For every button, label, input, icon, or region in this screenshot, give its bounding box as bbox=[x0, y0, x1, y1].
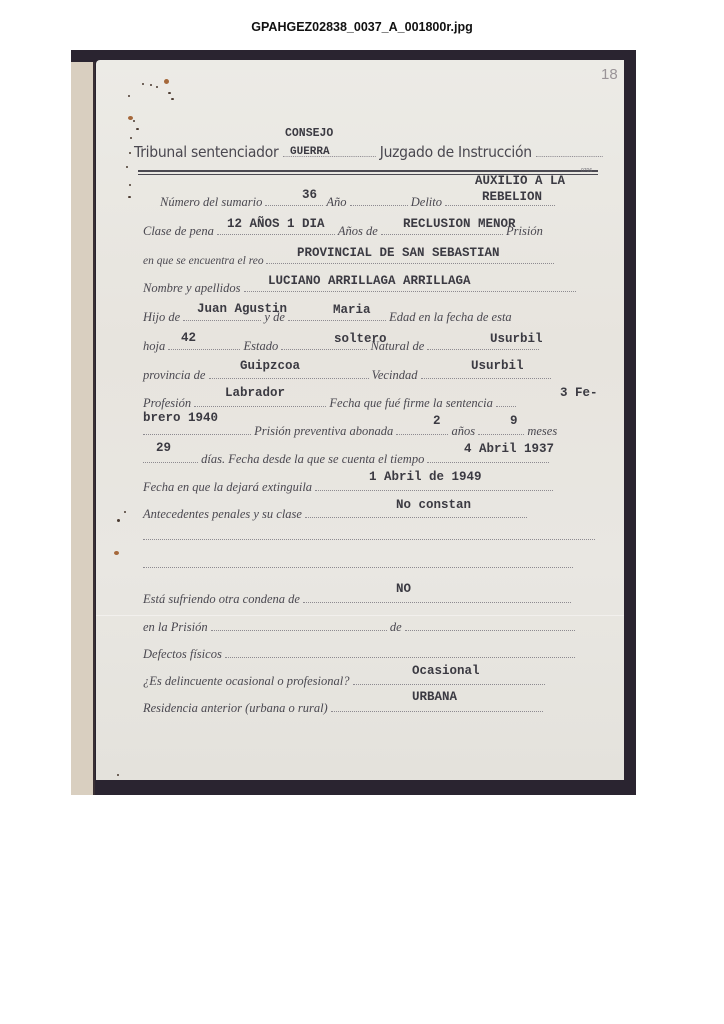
form-code: 0706 bbox=[581, 168, 592, 174]
antecedentes-line-3[interactable] bbox=[143, 566, 573, 568]
page-number: 18 bbox=[601, 66, 618, 83]
fecha-firme-value-line1: 3 Fe- bbox=[560, 386, 598, 400]
clase-pena-value: 12 AÑOS 1 DIA bbox=[227, 217, 325, 231]
fecha-extincion-value: 1 Abril de 1949 bbox=[369, 470, 482, 484]
madre-value: Maria bbox=[333, 303, 371, 317]
header-rule bbox=[138, 170, 598, 172]
numero-sumario-value: 36 bbox=[302, 188, 317, 202]
tribunal-value-line1: CONSEJO bbox=[285, 127, 333, 140]
binding-strip bbox=[71, 62, 95, 795]
juzgado-field[interactable] bbox=[536, 144, 603, 157]
natural-value: Usurbil bbox=[490, 332, 543, 346]
edad-field[interactable] bbox=[168, 337, 240, 350]
row-clase-pena: Clase de pena Años de Prisión bbox=[143, 222, 595, 239]
anios-de-value: RECLUSION MENOR bbox=[403, 217, 516, 231]
fecha-firme-field[interactable] bbox=[496, 394, 516, 407]
edad-value: 42 bbox=[181, 331, 196, 345]
anios-abonados-value: 2 bbox=[433, 414, 441, 428]
paper-crease bbox=[96, 615, 624, 616]
anios-abonados-field[interactable] bbox=[396, 422, 448, 435]
row-otra-condena: Está sufriendo otra condena de bbox=[143, 590, 595, 607]
tribunal-label: Tribunal sentenciador bbox=[134, 143, 278, 161]
juzgado-label: Juzgado de Instrucción bbox=[380, 143, 532, 161]
delincuente-value: Ocasional bbox=[412, 664, 480, 678]
row-residencia: Residencia anterior (urbana o rural) bbox=[143, 699, 595, 716]
row-profesion: Profesión Fecha que fué firme la sentenc… bbox=[143, 394, 595, 411]
anio-field[interactable] bbox=[350, 193, 408, 206]
row-en-la-prision: en la Prisión de bbox=[143, 618, 595, 635]
profesion-value: Labrador bbox=[225, 386, 285, 400]
row-defectos: Defectos físicos bbox=[143, 645, 595, 662]
dias-abonados-value: 29 bbox=[156, 441, 171, 455]
de-field[interactable] bbox=[405, 618, 575, 631]
vecindad-value: Usurbil bbox=[471, 359, 524, 373]
row-delincuente: ¿Es delincuente ocasional o profesional? bbox=[143, 672, 595, 689]
tribunal-header: Tribunal sentenciador Juzgado de Instruc… bbox=[134, 143, 603, 161]
padre-value: Juan Agustin bbox=[197, 302, 287, 316]
otra-condena-value: NO bbox=[396, 582, 411, 596]
row-sumario: Número del sumario Año Delito bbox=[160, 193, 612, 210]
otra-condena-field[interactable] bbox=[303, 590, 571, 603]
fecha-firme-value-line2: brero 1940 bbox=[143, 411, 218, 425]
provincia-value: Guipzcoa bbox=[240, 359, 300, 373]
fecha-desde-value: 4 Abril 1937 bbox=[464, 442, 554, 456]
nombre-value: LUCIANO ARRILLAGA ARRILLAGA bbox=[268, 274, 471, 288]
file-name-caption: GPAHGEZ02838_0037_A_001800r.jpg bbox=[0, 20, 724, 34]
meses-abonados-value: 9 bbox=[510, 414, 518, 428]
delito-value-line1: AUXILIO A LA bbox=[475, 174, 565, 188]
tribunal-value-line2: GUERRA bbox=[290, 146, 330, 158]
row-antecedentes: Antecedentes penales y su clase bbox=[143, 505, 595, 522]
residencia-value: URBANA bbox=[412, 690, 457, 704]
defectos-field[interactable] bbox=[225, 645, 575, 658]
antecedentes-value: No constan bbox=[396, 498, 471, 512]
row-provincia: provincia de Vecindad bbox=[143, 366, 595, 383]
estado-value: soltero bbox=[334, 332, 387, 346]
delito-value-line2: REBELION bbox=[482, 190, 542, 204]
en-la-prision-field[interactable] bbox=[211, 618, 387, 631]
prision-value: PROVINCIAL DE SAN SEBASTIAN bbox=[297, 246, 500, 260]
antecedentes-line-2[interactable] bbox=[143, 538, 595, 540]
